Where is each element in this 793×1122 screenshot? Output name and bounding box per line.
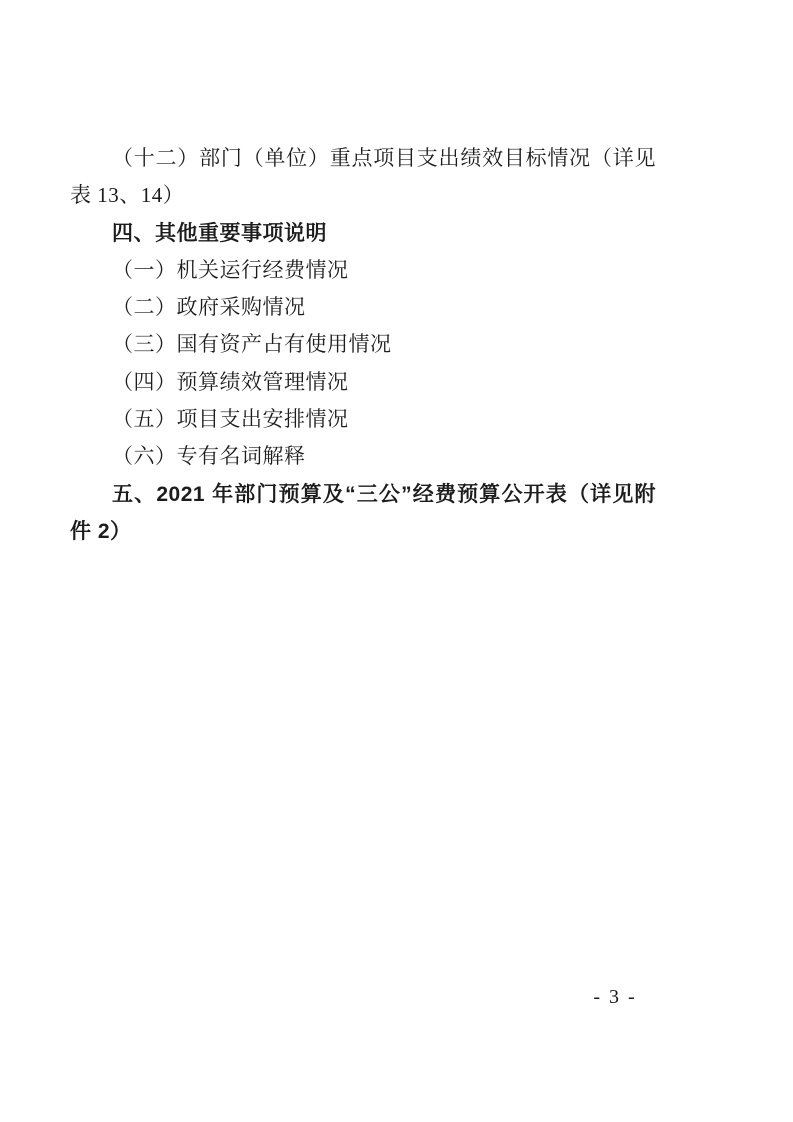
- section-heading: 五、2021 年部门预算及“三公”经费预算公开表（详见附件 2）: [70, 476, 656, 551]
- paragraph: （三）国有资产占有使用情况: [70, 326, 656, 363]
- document-page: （十二）部门（单位）重点项目支出绩效目标情况（详见表 13、14）四、其他重要事…: [0, 0, 793, 1122]
- paragraph: （二）政府采购情况: [70, 289, 656, 326]
- document-body: （十二）部门（单位）重点项目支出绩效目标情况（详见表 13、14）四、其他重要事…: [70, 140, 656, 550]
- section-heading: 四、其他重要事项说明: [70, 215, 656, 252]
- paragraph: （四）预算绩效管理情况: [70, 364, 656, 401]
- paragraph: （六）专有名词解释: [70, 438, 656, 475]
- paragraph: （五）项目支出安排情况: [70, 401, 656, 438]
- page-number: - 3 -: [584, 986, 646, 1009]
- paragraph: （十二）部门（单位）重点项目支出绩效目标情况（详见表 13、14）: [70, 140, 656, 215]
- paragraph: （一）机关运行经费情况: [70, 252, 656, 289]
